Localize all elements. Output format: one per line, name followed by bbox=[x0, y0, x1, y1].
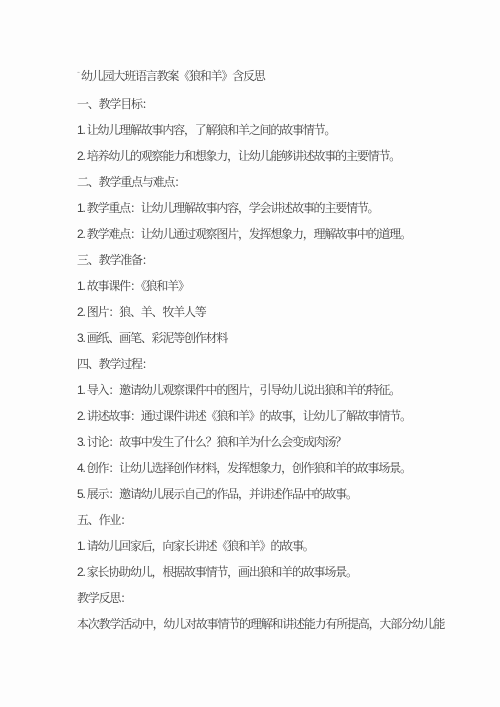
section-heading-key-points: 二、教学重点与难点： bbox=[77, 169, 500, 195]
section-heading-reflection: 教学反思： bbox=[77, 585, 500, 611]
document-content: -幼儿园大班语言教案《狼和羊》含反思 一、教学目标： 1. 让幼儿理解故事内容，… bbox=[77, 59, 500, 637]
list-item: 2. 图片：狼、羊、牧羊人等 bbox=[77, 299, 500, 325]
title-mark: - bbox=[77, 59, 80, 85]
section-heading-process: 四、教学过程： bbox=[77, 351, 500, 377]
section-heading-homework: 五、作业： bbox=[77, 507, 500, 533]
page-title: -幼儿园大班语言教案《狼和羊》含反思 bbox=[77, 59, 500, 89]
list-item: 2. 讲述故事：通过课件讲述《狼和羊》的故事，让幼儿了解故事情节。 bbox=[77, 403, 500, 429]
list-item: 1. 请幼儿回家后，向家长讲述《狼和羊》的故事。 bbox=[77, 533, 500, 559]
list-item: 1. 让幼儿理解故事内容，了解狼和羊之间的故事情节。 bbox=[77, 117, 500, 143]
list-item: 1. 教学重点：让幼儿理解故事内容，学会讲述故事的主要情节。 bbox=[77, 195, 500, 221]
list-item: 3. 画纸、画笔、彩泥等创作材料 bbox=[77, 325, 500, 351]
document-page: -幼儿园大班语言教案《狼和羊》含反思 一、教学目标： 1. 让幼儿理解故事内容，… bbox=[0, 0, 500, 707]
reflection-paragraph: 本次教学活动中，幼儿对故事情节的理解和讲述能力有所提高，大部分幼儿能 bbox=[77, 611, 500, 637]
list-item: 1. 导入：邀请幼儿观察课件中的图片，引导幼儿说出狼和羊的特征。 bbox=[77, 377, 500, 403]
section-heading-objectives: 一、教学目标： bbox=[77, 91, 500, 117]
list-item: 2. 培养幼儿的观察能力和想象力，让幼儿能够讲述故事的主要情节。 bbox=[77, 143, 500, 169]
page-title-text: 幼儿园大班语言教案《狼和羊》含反思 bbox=[81, 69, 265, 83]
list-item: 3. 讨论：故事中发生了什么？狼和羊为什么会变成肉汤？ bbox=[77, 429, 500, 455]
list-item: 4. 创作：让幼儿选择创作材料，发挥想象力，创作狼和羊的故事场景。 bbox=[77, 455, 500, 481]
list-item: 5. 展示：邀请幼儿展示自己的作品，并讲述作品中的故事。 bbox=[77, 481, 500, 507]
section-heading-preparation: 三、教学准备： bbox=[77, 247, 500, 273]
list-item: 2. 家长协助幼儿，根据故事情节，画出狼和羊的故事场景。 bbox=[77, 559, 500, 585]
list-item: 2. 教学难点：让幼儿通过观察图片，发挥想象力，理解故事中的道理。 bbox=[77, 221, 500, 247]
list-item: 1. 故事课件：《狼和羊》 bbox=[77, 273, 500, 299]
